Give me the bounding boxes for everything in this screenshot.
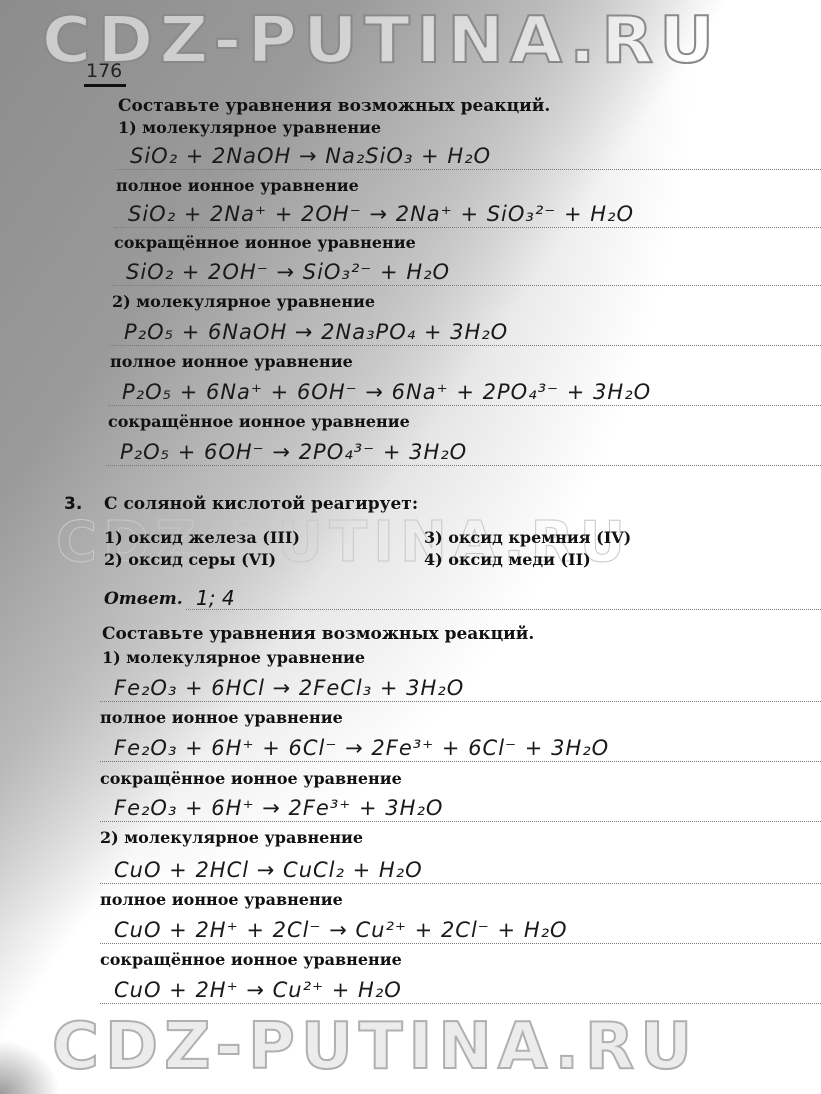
question-number: 3.	[64, 494, 82, 514]
question-prompt: С соляной кислотой реагирует:	[104, 494, 418, 514]
label-short-ionic: сокращённое ионное уравнение	[100, 769, 402, 788]
label-short-ionic: сокращённое ионное уравнение	[108, 412, 410, 431]
option-3: 3) оксид кремния (IV)	[424, 528, 631, 547]
label-short-ionic: сокращённое ионное уравнение	[114, 233, 416, 252]
equation-molecular: SiO₂ + 2NaOH → Na₂SiO₃ + H₂O	[116, 142, 821, 170]
section-a-heading: Составьте уравнения возможных реакций.	[118, 96, 550, 116]
section-b-heading: Составьте уравнения возможных реакций.	[102, 624, 534, 644]
label-short-ionic: сокращённое ионное уравнение	[100, 950, 402, 969]
option-4: 4) оксид меди (II)	[424, 550, 591, 569]
equation-short-ionic: SiO₂ + 2OH⁻ → SiO₃²⁻ + H₂O	[112, 258, 821, 286]
equation-full-ionic: CuO + 2H⁺ + 2Cl⁻ → Cu²⁺ + 2Cl⁻ + H₂O	[100, 916, 821, 944]
option-1: 1) оксид железа (III)	[104, 528, 300, 547]
label-molecular: 2) молекулярное уравнение	[100, 828, 363, 847]
page-shadow-bottom	[0, 1040, 60, 1094]
equation-full-ionic: P₂O₅ + 6Na⁺ + 6OH⁻ → 6Na⁺ + 2PO₄³⁻ + 3H₂…	[108, 378, 821, 406]
watermark-top: CDZ-PUTINA.RU	[42, 4, 720, 78]
label-full-ionic: полное ионное уравнение	[110, 352, 353, 371]
answer-value: 1; 4	[186, 586, 821, 610]
equation-molecular: CuO + 2HCl → CuCl₂ + H₂O	[100, 856, 821, 884]
label-molecular: 1) молекулярное уравнение	[102, 648, 365, 667]
option-2: 2) оксид серы (VI)	[104, 550, 276, 569]
equation-full-ionic: SiO₂ + 2Na⁺ + 2OH⁻ → 2Na⁺ + SiO₃²⁻ + H₂O	[114, 200, 821, 228]
answer-label: Ответ.	[104, 589, 183, 609]
label-full-ionic: полное ионное уравнение	[116, 176, 359, 195]
label-molecular: 2) молекулярное уравнение	[112, 292, 375, 311]
label-full-ionic: полное ионное уравнение	[100, 708, 343, 727]
equation-molecular: Fe₂O₃ + 6HCl → 2FeCl₃ + 3H₂O	[100, 674, 821, 702]
label-full-ionic: полное ионное уравнение	[100, 890, 343, 909]
equation-short-ionic: P₂O₅ + 6OH⁻ → 2PO₄³⁻ + 3H₂O	[106, 438, 821, 466]
equation-short-ionic: CuO + 2H⁺ → Cu²⁺ + H₂O	[100, 976, 821, 1004]
page-number: 176	[84, 60, 126, 87]
label-molecular: 1) молекулярное уравнение	[118, 118, 381, 137]
equation-molecular: P₂O₅ + 6NaOH → 2Na₃PO₄ + 3H₂O	[110, 318, 821, 346]
equation-short-ionic: Fe₂O₃ + 6H⁺ → 2Fe³⁺ + 3H₂O	[100, 794, 821, 822]
equation-full-ionic: Fe₂O₃ + 6H⁺ + 6Cl⁻ → 2Fe³⁺ + 6Cl⁻ + 3H₂O	[100, 734, 821, 762]
watermark-bottom: CDZ-PUTINA.RU	[52, 1010, 698, 1084]
